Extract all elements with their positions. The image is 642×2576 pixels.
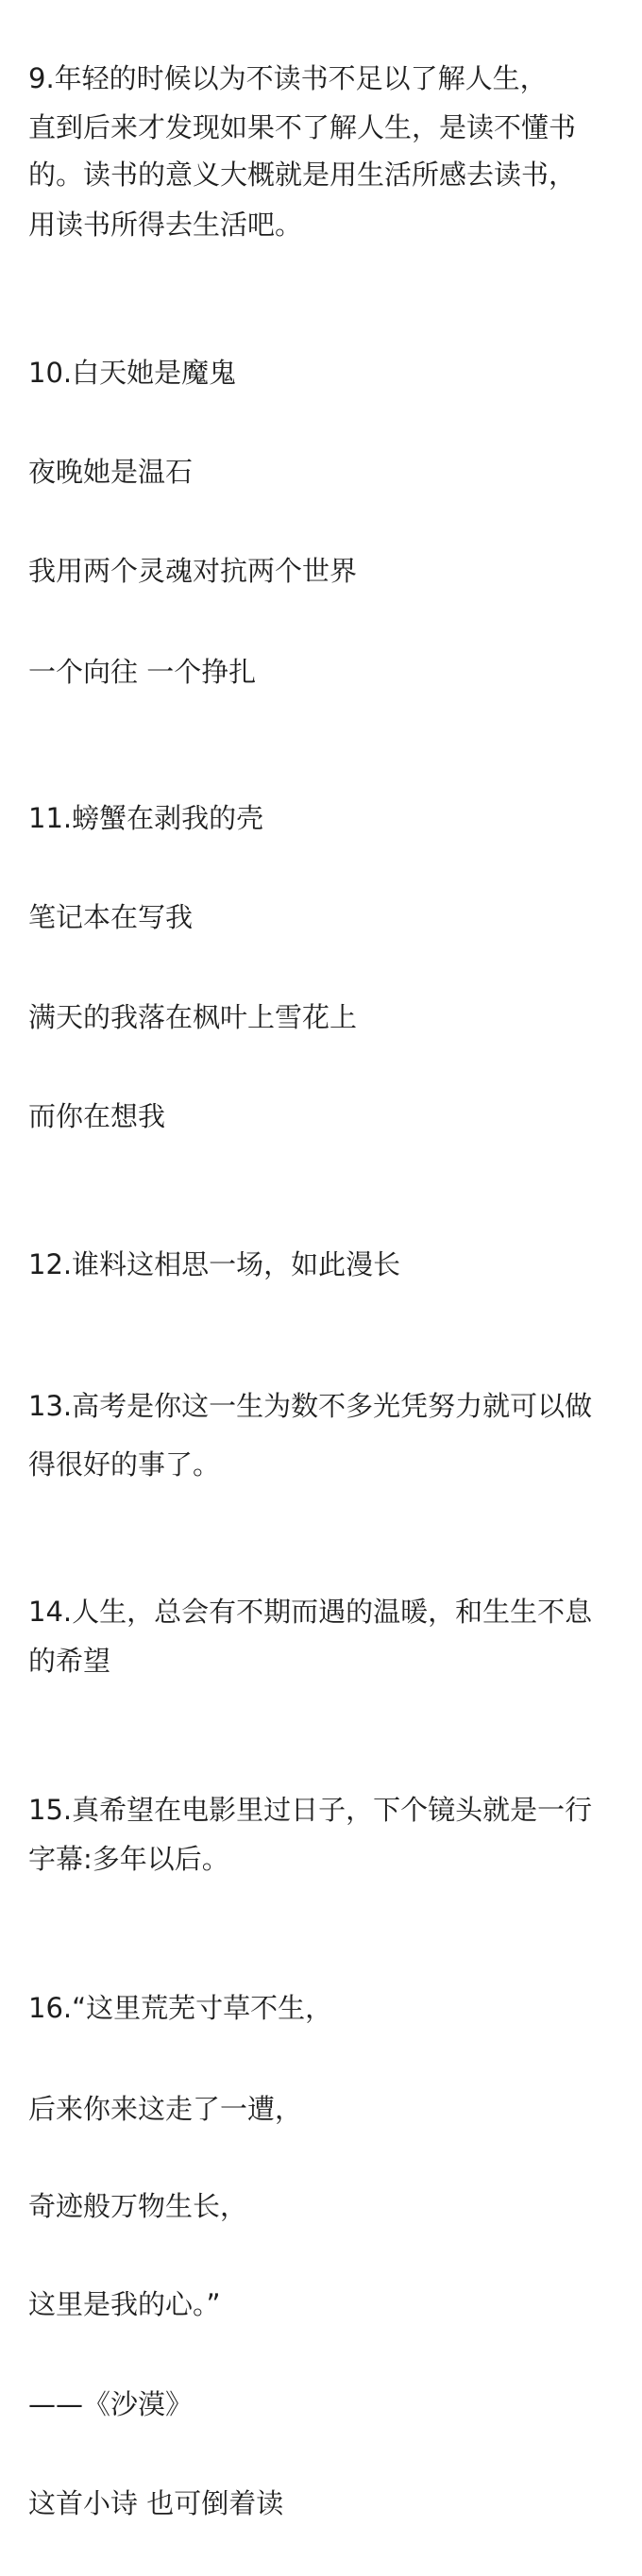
text-line: 夜晚她是温石 (28, 455, 193, 489)
text-line: 一个向往 一个挣扎 (28, 655, 256, 689)
text-line: 笔记本在写我 (28, 900, 193, 934)
text-line: 12.谁料这相思一场，如此漫长 (28, 1247, 400, 1281)
text-line: 这首小诗 也可倒着读 (28, 2486, 283, 2520)
text-line: 11.螃蟹在剥我的壳 (28, 801, 263, 835)
text-line: 14.人生，总会有不期而遇的温暖，和生生不息 (28, 1595, 592, 1629)
text-line: 用读书所得去生活吧。 (28, 208, 302, 242)
text-line: 9.年轻的时候以为不读书不足以了解人生， (28, 61, 548, 95)
text-line: 直到后来才发现如果不了解人生，是读不懂书 (28, 110, 576, 144)
text-line: ——《沙漠》 (28, 2387, 193, 2421)
text-line: 10.白天她是魔鬼 (28, 356, 236, 390)
text-line: 字幕:多年以后。 (28, 1842, 229, 1876)
text-line: 13.高考是你这一生为数不多光凭努力就可以做 (28, 1389, 592, 1423)
text-line: 得很好的事了。 (28, 1447, 220, 1481)
text-line: 奇迹般万物生长， (28, 2189, 247, 2223)
text-line: 16.“这里荒芜寸草不生， (28, 1991, 332, 2025)
text-line: 我用两个灵魂对抗两个世界 (28, 554, 357, 588)
text-line: 15.真希望在电影里过日子，下个镜头就是一行 (28, 1793, 592, 1827)
text-line: 而你在想我 (28, 1099, 165, 1133)
text-line: 满天的我落在枫叶上雪花上 (28, 1000, 357, 1034)
text-line: 这里是我的心。” (28, 2287, 221, 2321)
text-line: 的。读书的意义大概就是用生活所感去读书， (28, 158, 576, 192)
text-line: 的希望 (28, 1644, 110, 1678)
text-line: 后来你来这走了一遭， (28, 2092, 302, 2126)
